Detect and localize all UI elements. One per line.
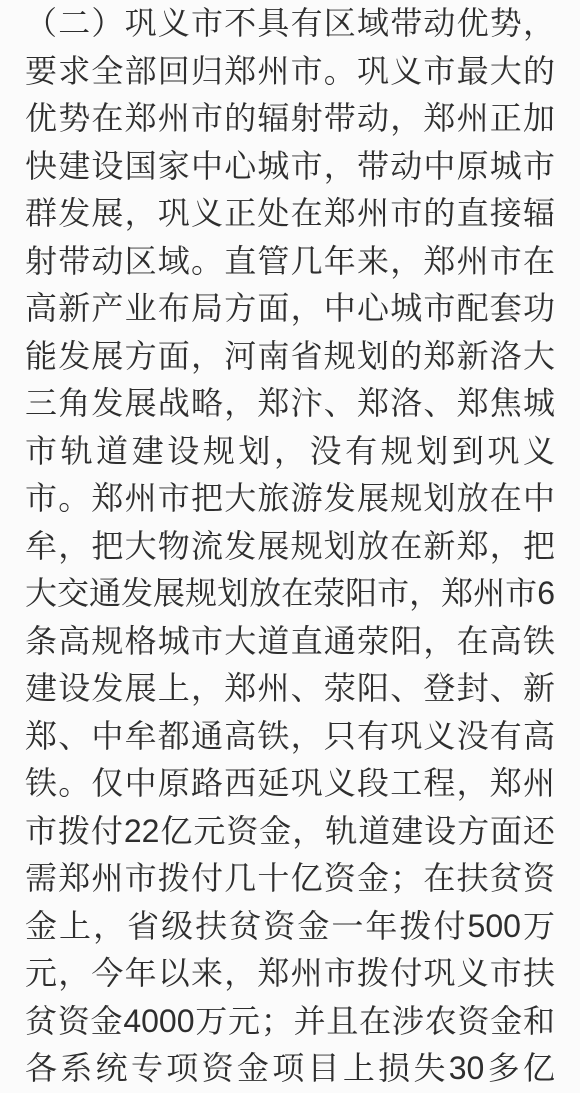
text-line: 建设发展上，郑州、荥阳、登封、新	[25, 665, 555, 713]
text-line: 要求全部回归郑州市。巩义市最大的	[25, 48, 555, 96]
text-line: 高新产业布局方面，中心城市配套功	[25, 285, 555, 333]
text-line: 市。郑州市把大旅游发展规划放在中	[25, 475, 555, 523]
text-line: 射带动区域。直管几年来，郑州市在	[25, 238, 555, 286]
text-line: 牟，把大物流发展规划放在新郑，把	[25, 523, 555, 571]
text-line: 各系统专项资金项目上损失30多亿	[25, 1045, 555, 1093]
text-line: 需郑州市拨付几十亿资金；在扶贫资	[25, 855, 555, 903]
text-line: 能发展方面，河南省规划的郑新洛大	[25, 333, 555, 381]
text-line: 元，今年以来，郑州市拨付巩义市扶	[25, 950, 555, 998]
text-line: 市轨道建设规划，没有规划到巩义	[25, 428, 555, 476]
text-line: 快建设国家中心城市，带动中原城市	[25, 143, 555, 191]
text-line: 郑、中牟都通高铁，只有巩义没有高	[25, 713, 555, 761]
text-line: 大交通发展规划放在荥阳市，郑州市6	[25, 570, 555, 618]
text-line: 条高规格城市大道直通荥阳，在高铁	[25, 618, 555, 666]
text-line: 优势在郑州市的辐射带动，郑州正加	[25, 95, 555, 143]
article-paragraph: （二）巩义市不具有区域带动优势，要求全部回归郑州市。巩义市最大的优势在郑州市的辐…	[25, 0, 555, 1093]
text-line: 贫资金4000万元；并且在涉农资金和	[25, 998, 555, 1046]
text-line: 三角发展战略，郑汴、郑洛、郑焦城	[25, 380, 555, 428]
text-line: 铁。仅中原路西延巩义段工程，郑州	[25, 760, 555, 808]
text-line: 群发展，巩义正处在郑州市的直接辐	[25, 190, 555, 238]
text-line: 金上，省级扶贫资金一年拨付500万	[25, 903, 555, 951]
text-line: （二）巩义市不具有区域带动优势，	[25, 0, 555, 48]
text-line: 市拨付22亿元资金，轨道建设方面还	[25, 808, 555, 856]
document-page: （二）巩义市不具有区域带动优势，要求全部回归郑州市。巩义市最大的优势在郑州市的辐…	[0, 0, 580, 1093]
